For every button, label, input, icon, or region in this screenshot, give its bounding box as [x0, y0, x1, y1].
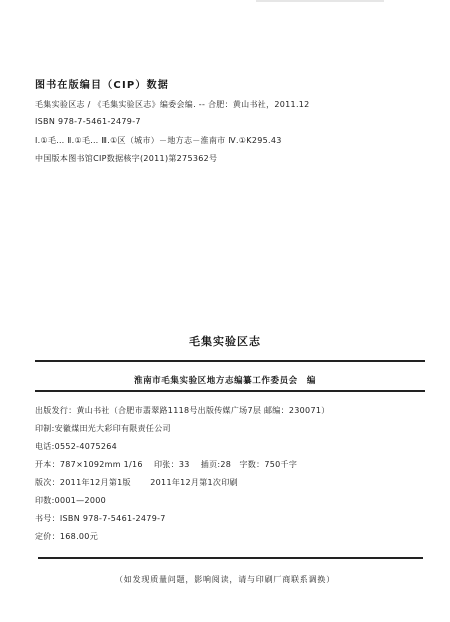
format-line: 开本：787×1092mm 1/16 印张：33 插页:28 字数：750千字 — [35, 459, 297, 470]
phone-line: 电话:0552-4075264 — [35, 441, 117, 452]
cip-line-isbn: ISBN 978-7-5461-2479-7 — [35, 117, 141, 126]
cip-line-subjects: Ⅰ.①毛… Ⅱ.①毛… Ⅲ.①区（城市）－地方志－淮南市 Ⅳ.①K295.43 — [35, 135, 282, 146]
cip-heading: 图书在版编目（CIP）数据 — [35, 76, 169, 91]
cip-line-citation: 毛集实验区志 / 《毛集实验区志》编委会编. -- 合肥：黄山书社，2011.1… — [35, 99, 310, 110]
cip-line-record-number: 中国版本图书馆CIP数据核字(2011)第275362号 — [35, 153, 217, 164]
quality-notice: （如发现质量问题，影响阅读，请与印刷厂商联系调换） — [0, 574, 450, 585]
print-run-line: 印数:0001—2000 — [35, 495, 106, 506]
scan-artifact-stripe — [256, 0, 384, 2]
printer-line: 印制:安徽煤田光大彩印有限责任公司 — [35, 423, 171, 434]
book-editor: 淮南市毛集实验区地方志编纂工作委员会 编 — [0, 374, 450, 386]
divider-footer — [38, 557, 423, 559]
edition-line: 版次：2011年12月第1版 2011年12月第1次印刷 — [35, 477, 238, 488]
divider-bottom — [35, 390, 425, 392]
price-line: 定价：168.00元 — [35, 531, 98, 542]
book-title: 毛集实验区志 — [0, 333, 450, 349]
publisher-line: 出版发行：黄山书社（合肥市翡翠路1118号出版传媒广场7层 邮编：230071） — [35, 405, 330, 416]
divider-top — [35, 360, 425, 362]
book-number-line: 书号：ISBN 978-7-5461-2479-7 — [35, 513, 166, 524]
